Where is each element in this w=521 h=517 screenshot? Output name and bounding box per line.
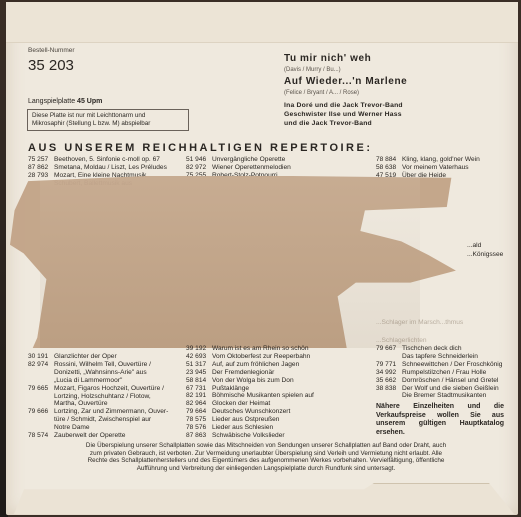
- catalog-number: [28, 424, 54, 432]
- catalog-entry: türe / Schmidt, Zwischenspiel aur: [28, 416, 168, 424]
- catalog-title: Mozart, Figaros Hochzeit, Ouvertüre /: [54, 385, 164, 393]
- catalog-title: Lortzing, Zar und Zimmermann, Ouver-: [54, 408, 168, 416]
- catalog-entry: 51 317Auf, auf zum fröhlichen Jagen: [186, 361, 314, 369]
- artist-line: Ina Doré und die Jack Trevor-Band: [284, 101, 403, 110]
- catalog-number: 79 666: [28, 408, 54, 416]
- catalog-title: Schneewittchen / Der Froschkönig: [402, 361, 502, 369]
- catalog-entry: 39 192Warum ist es am Rhein so schön: [186, 345, 314, 353]
- catalog-title: türe / Schmidt, Zwischenspiel aur: [54, 416, 151, 424]
- catalog-entry: 78 576Lieder aus Schlesien: [186, 424, 314, 432]
- catalog-number: 87 862: [28, 164, 54, 172]
- catalog-fragment: ...Schlagerlichten: [376, 337, 427, 345]
- catalog-number: 78 884: [376, 156, 402, 164]
- track-credits: (Davis / Murry / Bu...): [284, 67, 341, 73]
- catalog-number: [28, 400, 54, 408]
- catalog-title: Glanzlichter der Oper: [54, 353, 117, 361]
- catalog-number: 28 793: [28, 172, 54, 180]
- catalog-title: Unvergängliche Operette: [212, 156, 285, 164]
- catalog-number: 51 946: [186, 156, 212, 164]
- order-number-label: Bestell-Nummer: [28, 47, 75, 54]
- catalog-entry: 79 666Lortzing, Zar und Zimmermann, Ouve…: [28, 408, 168, 416]
- catalog-title: „Lucia di Lammermoor": [54, 377, 122, 385]
- catalog-note: Nähere Einzelheiten und die Verkaufsprei…: [376, 403, 504, 437]
- artist-line: und die Jack Trevor-Band: [284, 119, 372, 128]
- catalog-number: 58 814: [186, 377, 212, 385]
- track-credits: (Felice / Bryant / A... / Rose): [284, 90, 359, 96]
- catalog-title: Lieder aus Ostpreußen: [212, 416, 279, 424]
- catalog-number: 34 992: [376, 369, 402, 377]
- catalog-entry: Lortzing, Holzschuhtanz / Flotow,: [28, 393, 168, 401]
- track-title: Auf Wieder...'n Marlene: [284, 76, 407, 87]
- catalog-entry: 82 964Glocken der Heimat: [186, 400, 314, 408]
- catalog-entry: 58 638Vor meinem Vaterhaus: [376, 164, 480, 172]
- catalog-title: Deutsches Wunschkonzert: [212, 408, 290, 416]
- catalog-number: 75 257: [28, 156, 54, 164]
- catalog-title: Beethoven, 5. Sinfonie c-moll op. 67: [54, 156, 160, 164]
- format-speed: 45 Upm: [77, 98, 102, 105]
- legal-notice-line: zum privaten Gebrauch, ist verboten. Zur…: [28, 450, 504, 458]
- catalog-number: 79 664: [186, 408, 212, 416]
- sleeve-top-flap: [6, 2, 518, 43]
- playback-notice-line: Diese Platte ist nur mit Leichttonarm un…: [32, 112, 184, 120]
- catalog-entry: 75 257Beethoven, 5. Sinfonie c-moll op. …: [28, 156, 167, 164]
- catalog-entry: 82 972Wiener Operettenmelodien: [186, 164, 291, 172]
- catalog-number: [28, 377, 54, 385]
- format-prefix: Langspielplatte: [28, 98, 75, 105]
- artist-line: Geschwister Ilse und Werner Hass: [284, 110, 402, 119]
- catalog-number: 78 574: [28, 432, 54, 440]
- catalog-entry: 82 974Rossini, Wilhelm Tell, Ouvertüre /: [28, 361, 168, 369]
- catalog-number: 23 945: [186, 369, 212, 377]
- catalog-entry: 30 191Glanzlichter der Oper: [28, 353, 168, 361]
- catalog-number: 39 192: [186, 345, 212, 353]
- catalog-fragment: ...Schlager im Marsch...thmus: [376, 319, 463, 327]
- catalog-title: Der Fremdenlegionär: [212, 369, 274, 377]
- catalog-fragment: ...ald: [467, 242, 481, 250]
- catalog-number: [28, 369, 54, 377]
- catalog-entry: 87 862Smetana, Moldau / Liszt, Les Prélu…: [28, 164, 167, 172]
- catalog-title: Rossini, Wilhelm Tell, Ouvertüre /: [54, 361, 151, 369]
- catalog-title: Böhmische Musikanten spielen auf: [212, 392, 314, 400]
- format-info: Langspielplatte 45 Upm: [28, 98, 102, 105]
- catalog-number: [376, 353, 402, 361]
- catalog-entry: 42 693Vom Oktoberfest zur Reeperbahn: [186, 353, 314, 361]
- catalog-entry: 38 838Der Wolf und die sieben Geißlein: [376, 385, 502, 393]
- catalog-number: [28, 393, 54, 401]
- catalog-number: 30 191: [28, 353, 54, 361]
- catalog-number: 35 662: [376, 377, 402, 385]
- catalog-title: Vor meinem Vaterhaus: [402, 164, 469, 172]
- catalog-number: 79 667: [376, 345, 402, 353]
- catalog-entry: 82 191Böhmische Musikanten spielen auf: [186, 392, 314, 400]
- catalog-column-3-top: 78 884Kling, klang, gold'ner Wein58 638V…: [376, 156, 480, 180]
- catalog-entry: „Lucia di Lammermoor": [28, 377, 168, 385]
- catalog-number: 42 693: [186, 353, 212, 361]
- catalog-number: 38 838: [376, 385, 402, 393]
- legal-notice: Die Überspielung unserer Schallplatten s…: [28, 442, 504, 472]
- catalog-column-3-bottom: 79 667Tischchen deck dichDas tapfere Sch…: [376, 345, 502, 400]
- catalog-number: 82 972: [186, 164, 212, 172]
- catalog-title: Der Wolf und die sieben Geißlein: [402, 385, 499, 393]
- track-title: Tu mir nich' weh: [284, 53, 371, 64]
- catalog-number: 79 771: [376, 361, 402, 369]
- catalog-number: 78 576: [186, 424, 212, 432]
- catalog-fragment: ...Königssee: [467, 251, 503, 259]
- legal-notice-line: Rechte des Schallplattenherstellers und …: [28, 457, 504, 465]
- catalog-title: Glocken der Heimat: [212, 400, 270, 408]
- catalog-entry: Martha, Ouvertüre: [28, 400, 168, 408]
- catalog-entry: 87 863Schwäbische Volkslieder: [186, 432, 314, 440]
- catalog-entry: 78 884Kling, klang, gold'ner Wein: [376, 156, 480, 164]
- catalog-number: 87 863: [186, 432, 212, 440]
- catalog-title: Schwäbische Volkslieder: [212, 432, 285, 440]
- catalog-entry: 79 664Deutsches Wunschkonzert: [186, 408, 314, 416]
- catalog-title: Lortzing, Holzschuhtanz / Flotow,: [54, 393, 151, 401]
- catalog-column-2-bottom: 39 192Warum ist es am Rhein so schön42 6…: [186, 345, 314, 440]
- catalog-number: 82 974: [28, 361, 54, 369]
- catalog-title: Die Bremer Stadtmusikanten: [402, 392, 486, 400]
- catalog-entry: 78 574Zauberwelt der Operette: [28, 432, 168, 440]
- catalog-number: 67 731: [186, 385, 212, 393]
- catalog-title: Das tapfere Schneiderlein: [402, 353, 478, 361]
- playback-notice: Diese Platte ist nur mit Leichttonarm un…: [27, 109, 189, 131]
- catalog-entry: 34 992Rumpelstilzchen / Frau Holle: [376, 369, 502, 377]
- catalog-number: 82 191: [186, 392, 212, 400]
- catalog-title: Wiener Operettenmelodien: [212, 164, 291, 172]
- catalog-entry: Die Bremer Stadtmusikanten: [376, 392, 502, 400]
- catalog-entry: 79 665Mozart, Figaros Hochzeit, Ouvertür…: [28, 385, 168, 393]
- catalog-title: Smetana, Moldau / Liszt, Les Préludes: [54, 164, 167, 172]
- playback-notice-line: Mikrosaphir (Stellung L bzw. M) abspielb…: [32, 120, 184, 128]
- catalog-entry: 67 731Pußtaklänge: [186, 385, 314, 393]
- legal-notice-line: Die Überspielung unserer Schallplatten s…: [28, 442, 504, 450]
- catalog-title: Dornröschen / Hänsel und Gretel: [402, 377, 498, 385]
- catalog-entry: 58 814Von der Wolga bis zum Don: [186, 377, 314, 385]
- catalog-entry: 35 662Dornröschen / Hänsel und Gretel: [376, 377, 502, 385]
- catalog-entry: 79 667Tischchen deck dich: [376, 345, 502, 353]
- repertoire-heading: AUS UNSEREM REICHHALTIGEN REPERTOIRE:: [28, 142, 373, 154]
- catalog-entry: 51 946Unvergängliche Operette: [186, 156, 291, 164]
- catalog-title: Vom Oktoberfest zur Reeperbahn: [212, 353, 310, 361]
- catalog-entry: 23 945Der Fremdenlegionär: [186, 369, 314, 377]
- catalog-title: Martha, Ouvertüre: [54, 400, 108, 408]
- catalog-title: Notre Dame: [54, 424, 90, 432]
- catalog-column-1-bottom: 30 191Glanzlichter der Oper82 974Rossini…: [28, 353, 168, 440]
- catalog-entry: Das tapfere Schneiderlein: [376, 353, 502, 361]
- catalog-number: 51 317: [186, 361, 212, 369]
- catalog-title: Tischchen deck dich: [402, 345, 462, 353]
- catalog-number: 79 665: [28, 385, 54, 393]
- catalog-title: Kling, klang, gold'ner Wein: [402, 156, 480, 164]
- catalog-title: Lieder aus Schlesien: [212, 424, 273, 432]
- catalog-number: 82 964: [186, 400, 212, 408]
- catalog-number: 58 638: [376, 164, 402, 172]
- catalog-title: Rumpelstilzchen / Frau Holle: [402, 369, 486, 377]
- catalog-title: Von der Wolga bis zum Don: [212, 377, 294, 385]
- catalog-title: Warum ist es am Rhein so schön: [212, 345, 309, 353]
- catalog-number: 78 575: [186, 416, 212, 424]
- catalog-title: Auf, auf zum fröhlichen Jagen: [212, 361, 299, 369]
- catalog-title: Zauberwelt der Operette: [54, 432, 125, 440]
- catalog-number: [376, 392, 402, 400]
- catalog-number: [28, 416, 54, 424]
- catalog-title: Pußtaklänge: [212, 385, 249, 393]
- catalog-entry: 78 575Lieder aus Ostpreußen: [186, 416, 314, 424]
- catalog-entry: Notre Dame: [28, 424, 168, 432]
- legal-notice-line: Aufführung und Verbreitung der einliegen…: [28, 465, 504, 473]
- catalog-entry: 79 771Schneewittchen / Der Froschkönig: [376, 361, 502, 369]
- catalog-entry: Donizetti, „Wahnsinns-Arie" aus: [28, 369, 168, 377]
- catalog-title: Donizetti, „Wahnsinns-Arie" aus: [54, 369, 147, 377]
- order-number: 35 203: [28, 57, 74, 74]
